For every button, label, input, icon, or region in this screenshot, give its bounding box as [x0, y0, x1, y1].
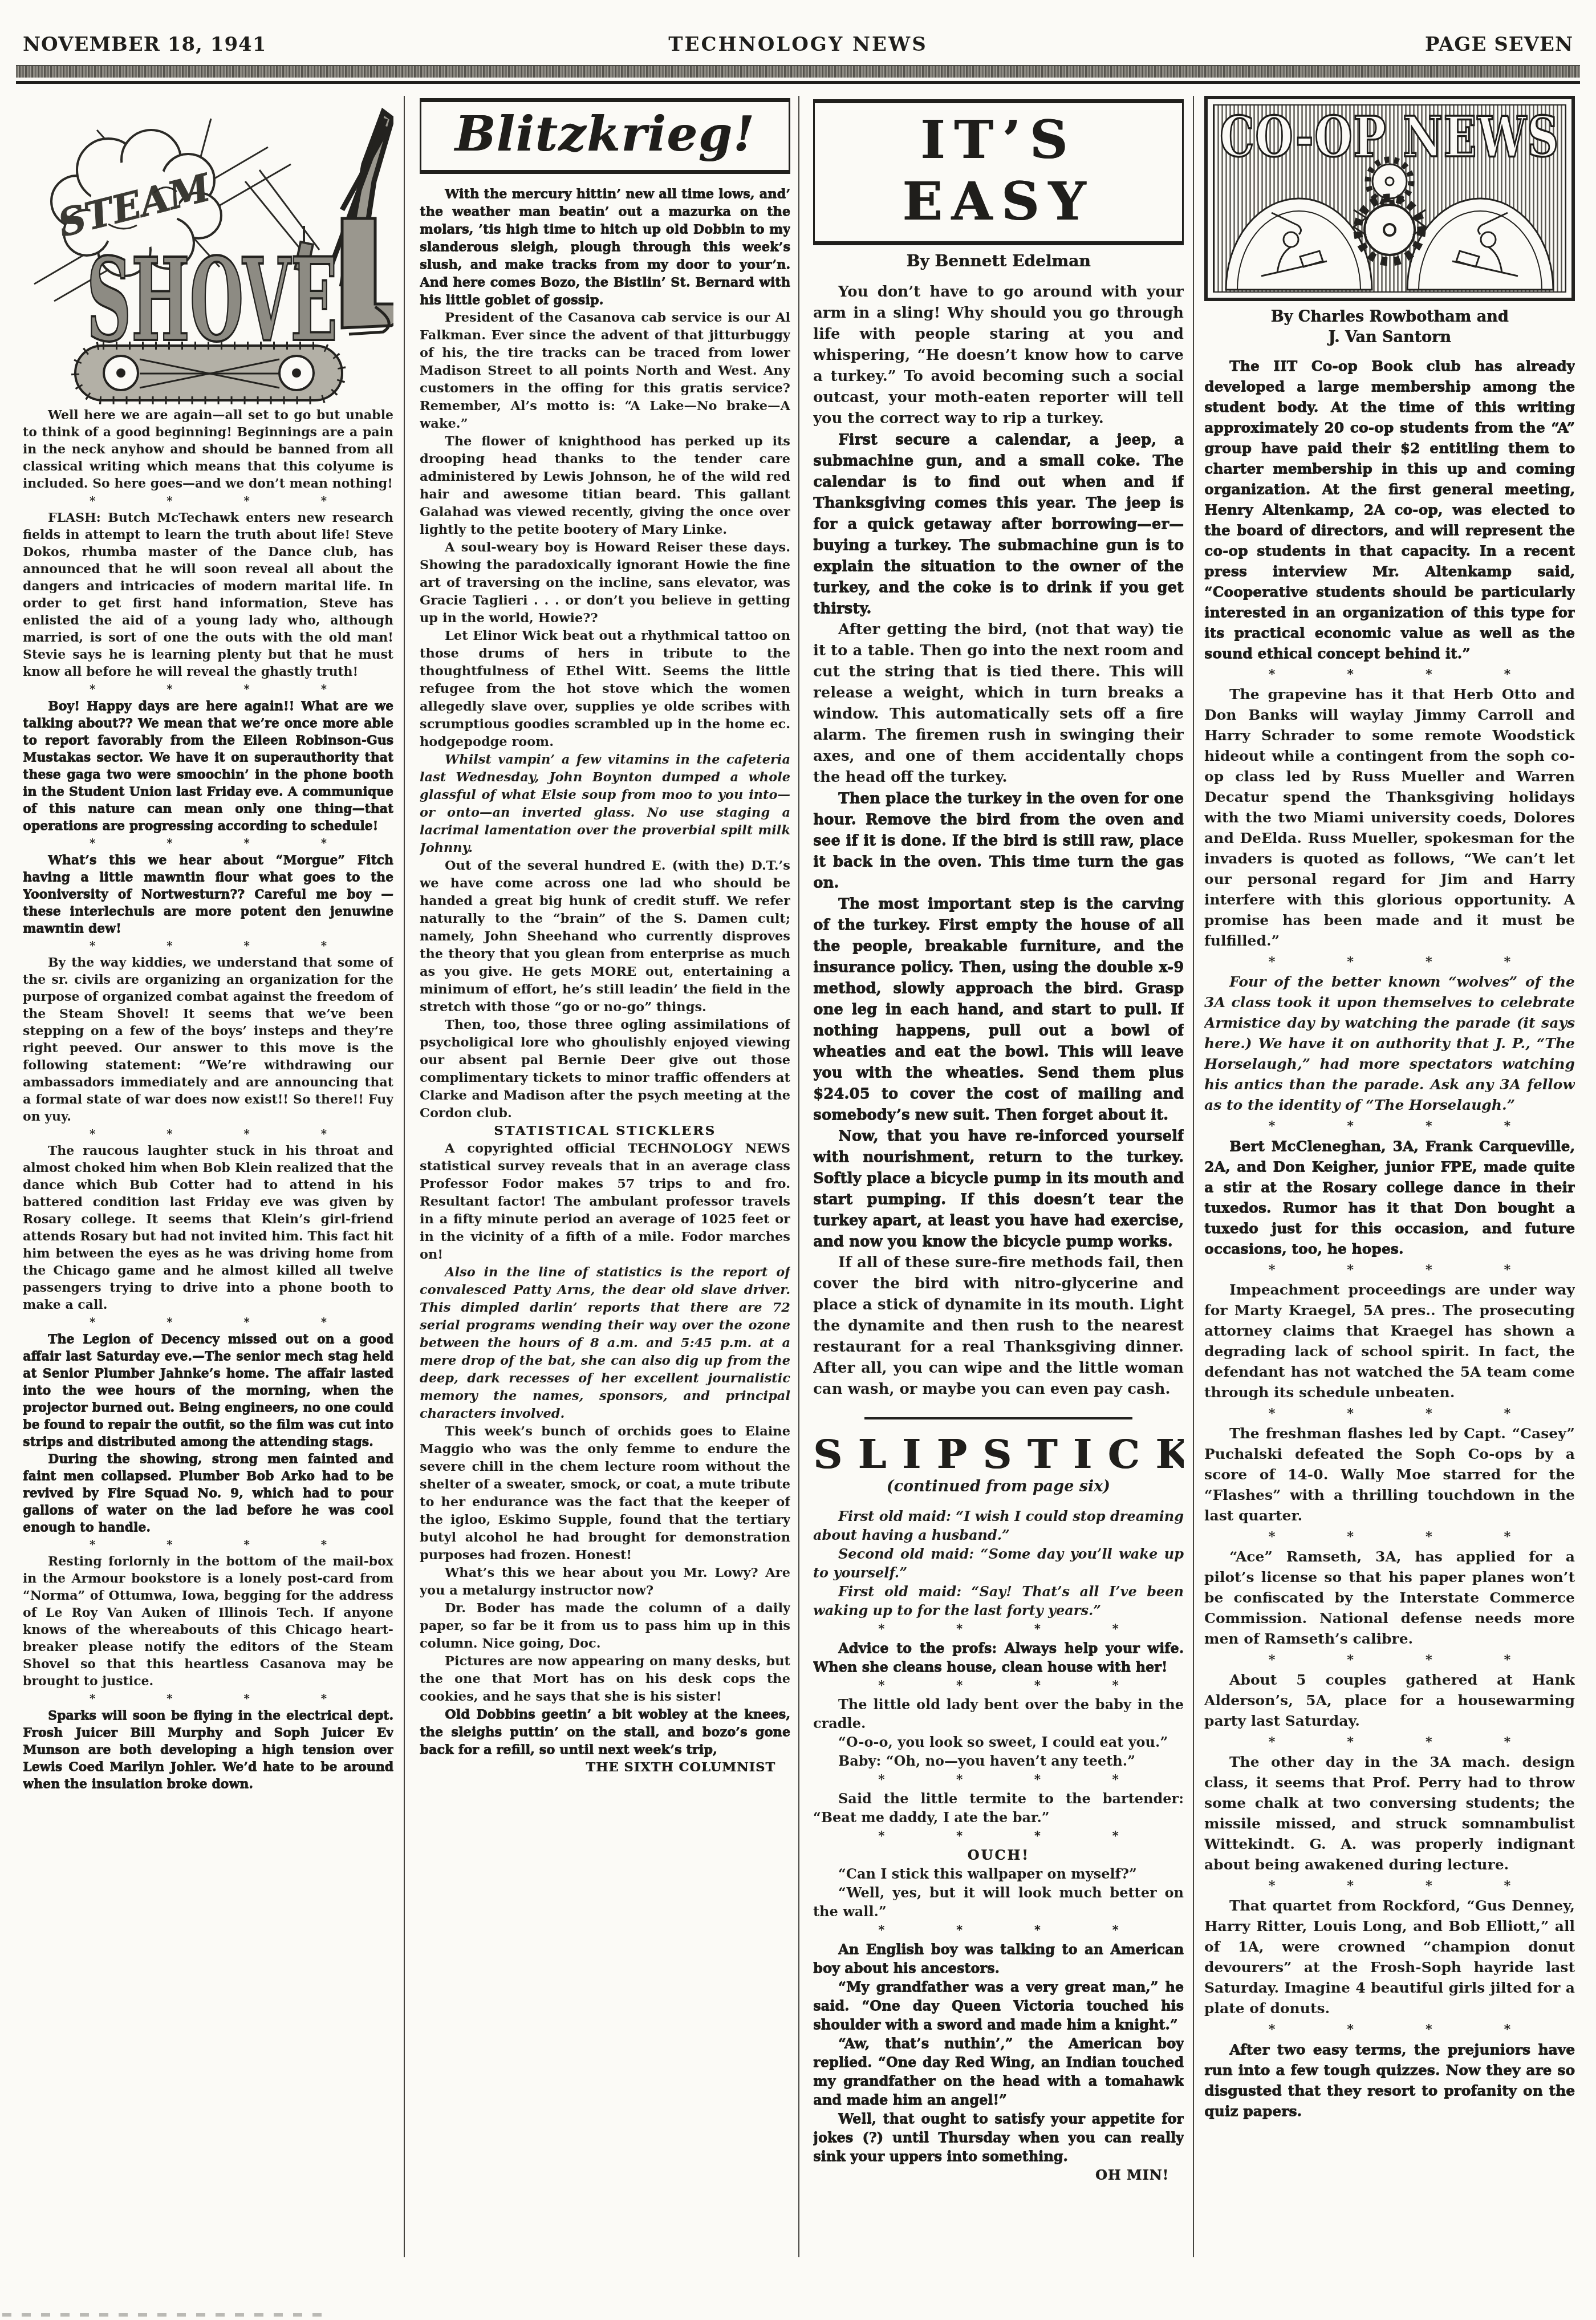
stars-separator: * * * *	[813, 1676, 1184, 1695]
column-subhead: OUCH!	[813, 1846, 1184, 1864]
stars-separator: * * * *	[1204, 1116, 1575, 1136]
masthead-rule-thin	[16, 81, 1580, 84]
stars-separator: * * * *	[23, 937, 393, 954]
column-blitzkrieg: Blitzkrieg! With the mercury hittin’ new…	[420, 96, 790, 1776]
stars-separator: * * * *	[1204, 1259, 1575, 1280]
paragraph: “O-o-o, you look so sweet, I could eat y…	[813, 1733, 1184, 1751]
paragraph: “Well, yes, but it will look much better…	[813, 1883, 1184, 1921]
paragraph-emphasis: With the mercury hittin’ new all time lo…	[420, 185, 790, 309]
paragraph: By the way kiddies, we understand that s…	[23, 954, 393, 1125]
paragraph: FLASH: Butch McTechawk enters new resear…	[23, 509, 393, 680]
paragraph: A copyrighted official TECHNOLOGY NEWS s…	[420, 1140, 790, 1264]
stars-separator: * * * *	[813, 1620, 1184, 1638]
paragraph: A soul-weary boy is Howard Reiser these …	[420, 539, 790, 627]
paragraph-emphasis: After two easy terms, the prejuniors hav…	[1204, 2039, 1575, 2122]
paragraph-emphasis: An English boy was talking to an America…	[813, 1940, 1184, 1977]
stars-separator: * * * *	[23, 1536, 393, 1553]
paragraph: Well here we are again—all set to go but…	[23, 407, 393, 492]
signoff: OH MIN!	[813, 2165, 1184, 2184]
paragraph-emphasis: The Legion of Decency missed out on a go…	[23, 1331, 393, 1450]
paragraph-emphasis: “Aw, that’s nuthin’,” the American boy r…	[813, 2034, 1184, 2109]
stars-separator: * * * *	[813, 1770, 1184, 1789]
coop-byline-line2: J. Van Santorn	[1204, 327, 1575, 348]
paragraph-emphasis: The IIT Co-op Book club has already deve…	[1204, 356, 1575, 664]
its-easy-title-box: IT’S EASY	[813, 99, 1184, 245]
paragraph: Resting forlornly in the bottom of the m…	[23, 1553, 393, 1690]
stars-separator: * * * *	[1204, 2019, 1575, 2039]
stars-separator: * * * *	[23, 1125, 393, 1142]
page-header: NOVEMBER 18, 1941 TECHNOLOGY NEWS PAGE S…	[23, 33, 1573, 62]
stars-separator: * * * *	[1204, 664, 1575, 684]
paragraph: About 5 couples gathered at Hank Alderso…	[1204, 1670, 1575, 1731]
stars-separator: * * * *	[23, 1313, 393, 1331]
newspaper-masthead: TECHNOLOGY NEWS	[23, 33, 1573, 56]
paragraph: The little old lady bent over the baby i…	[813, 1695, 1184, 1733]
paragraph: What’s this we hear about you Mr. Lowy? …	[420, 1564, 790, 1600]
blitzkrieg-title: Blitzkrieg!	[455, 106, 756, 162]
paragraph-emphasis: Boy! Happy days are here again!! What ar…	[23, 697, 393, 834]
paragraph-emphasis: Old Dobbins geetin’ a bit wobley at the …	[420, 1706, 790, 1759]
paragraph-emphasis: Well, that ought to satisfy your appetit…	[813, 2109, 1184, 2165]
paragraph-emphasis: First secure a calendar, a jeep, a subma…	[813, 429, 1184, 619]
column-coop-news: CO-OP NEWS	[1204, 96, 1575, 2122]
paragraph-emphasis: The most important step is the carving o…	[813, 894, 1184, 1126]
paragraph: Pictures are now appearing on many desks…	[420, 1653, 790, 1706]
stars-separator: * * * *	[23, 1690, 393, 1707]
stars-separator: * * * *	[23, 492, 393, 509]
coop-news-title-text: CO-OP NEWS	[1220, 104, 1560, 170]
blitzkrieg-body: With the mercury hittin’ new all time lo…	[420, 185, 790, 1776]
stars-separator: * * * *	[1204, 1731, 1575, 1752]
paragraph: Then, too, those three ogling assimilati…	[420, 1016, 790, 1122]
coop-byline-line1: By Charles Rowbotham and	[1204, 307, 1575, 327]
paragraph: Dr. Boder has made the column of a daily…	[420, 1600, 790, 1653]
paragraph: That quartet from Rockford, “Gus Denney,…	[1204, 1896, 1575, 2019]
paragraph: The raucous laughter stuck in his throat…	[23, 1142, 393, 1313]
its-easy-body: You don’t have to go around with your ar…	[813, 282, 1184, 1400]
paragraph-emphasis: Now, that you have re-inforced yourself …	[813, 1126, 1184, 1252]
signoff: THE SIXTH COLUMNIST	[420, 1759, 790, 1776]
paragraph-emphasis: Bert McCleneghan, 3A, Frank Carqueville,…	[1204, 1136, 1575, 1259]
stars-separator: * * * *	[1204, 1403, 1575, 1423]
masthead-rule-thick	[16, 65, 1580, 78]
paragraph-italic: Second old maid: “Some day you’ll wake u…	[813, 1544, 1184, 1582]
paragraph: The flower of knighthood has perked up i…	[420, 433, 790, 539]
paragraph-italic: Also in the line of statistics is the re…	[420, 1264, 790, 1423]
slipstick-body: First old maid: “I wish I could stop dre…	[813, 1507, 1184, 2184]
scan-artifact	[2, 2313, 322, 2317]
column-divider	[1193, 96, 1194, 2257]
paragraph: The freshman flashes led by Capt. “Casey…	[1204, 1423, 1575, 1526]
paragraph-italic: First old maid: “I wish I could stop dre…	[813, 1507, 1184, 1544]
stars-separator: * * * *	[1204, 1526, 1575, 1547]
paragraph-emphasis: Then place the turkey in the oven for on…	[813, 788, 1184, 894]
paragraph: After getting the bird, (not that way) t…	[813, 619, 1184, 788]
its-easy-title: IT’S EASY	[902, 109, 1095, 232]
paragraph-emphasis: During the showing, strong men fainted a…	[23, 1450, 393, 1536]
paragraph: The grapevine has it that Herb Otto and …	[1204, 684, 1575, 951]
paragraph: Said the little termite to the bartender…	[813, 1789, 1184, 1827]
coop-news-body: The IIT Co-op Book club has already deve…	[1204, 356, 1575, 2122]
page-number: PAGE SEVEN	[1425, 33, 1573, 56]
stars-separator: * * * *	[23, 680, 393, 697]
paragraph: Let Elinor Wick beat out a rhythmical ta…	[420, 627, 790, 751]
steam-shovel-body: Well here we are again—all set to go but…	[23, 407, 393, 1792]
coop-news-banner: CO-OP NEWS	[1204, 96, 1575, 301]
paragraph: If all of these sure-fire methods fail, …	[813, 1252, 1184, 1400]
stars-separator: * * * *	[23, 834, 393, 851]
paragraph: Baby: “Oh, no—you haven’t any teeth.”	[813, 1751, 1184, 1770]
paragraph-italic: Four of the better known “wolves” of the…	[1204, 972, 1575, 1116]
column-divider	[798, 96, 799, 2257]
paragraph: Impeachment proceedings are under way fo…	[1204, 1280, 1575, 1403]
stars-separator: * * * *	[1204, 1875, 1575, 1896]
slipstick-continued-note: (continued from page six)	[813, 1478, 1184, 1495]
paragraph: Out of the several hundred E. (with the)…	[420, 857, 790, 1016]
paragraph-italic: First old maid: “Say! That’s all I’ve be…	[813, 1582, 1184, 1620]
stars-separator: * * * *	[1204, 1649, 1575, 1670]
paragraph-emphasis: Advice to the profs: Always help your wi…	[813, 1638, 1184, 1676]
paragraph-emphasis: “My grandfather was a very great man,” h…	[813, 1977, 1184, 2034]
paragraph: “Can I stick this wallpaper on myself?”	[813, 1864, 1184, 1883]
paragraph: You don’t have to go around with your ar…	[813, 282, 1184, 429]
paragraph-emphasis: Sparks will soon be flying in the electr…	[23, 1707, 393, 1792]
paragraph: The other day in the 3A mach. design cla…	[1204, 1752, 1575, 1875]
paragraph-emphasis: What’s this we hear about “Morgue” Fitch…	[23, 851, 393, 937]
paragraph: President of the Casanova cab service is…	[420, 309, 790, 433]
column-steam-shovel: STEAM SHOVE	[23, 96, 393, 1792]
column-subhead: STATISTICAL STICKLERS	[420, 1122, 790, 1140]
paragraph: “Ace” Ramseth, 3A, has applied for a pil…	[1204, 1547, 1575, 1649]
steam-shovel-logo: STEAM SHOVE	[23, 96, 393, 407]
coop-news-byline: By Charles Rowbotham and J. Van Santorn	[1204, 307, 1575, 348]
its-easy-byline: By Bennett Edelman	[813, 251, 1184, 271]
stars-separator: * * * *	[1204, 951, 1575, 972]
slipstick-top-rule	[864, 1417, 1132, 1419]
column-its-easy: IT’S EASY By Bennett Edelman You don’t h…	[813, 96, 1184, 2184]
blitzkrieg-title-box: Blitzkrieg!	[420, 98, 790, 174]
slipstick-title: SLIPSTICK—	[813, 1432, 1184, 1477]
stars-separator: * * * *	[813, 1827, 1184, 1846]
paragraph-italic: Whilst vampin’ a few vitamins in the caf…	[420, 751, 790, 857]
paragraph: This week’s bunch of orchids goes to Ela…	[420, 1423, 790, 1564]
stars-separator: * * * *	[813, 1921, 1184, 1940]
column-divider	[404, 96, 405, 2257]
